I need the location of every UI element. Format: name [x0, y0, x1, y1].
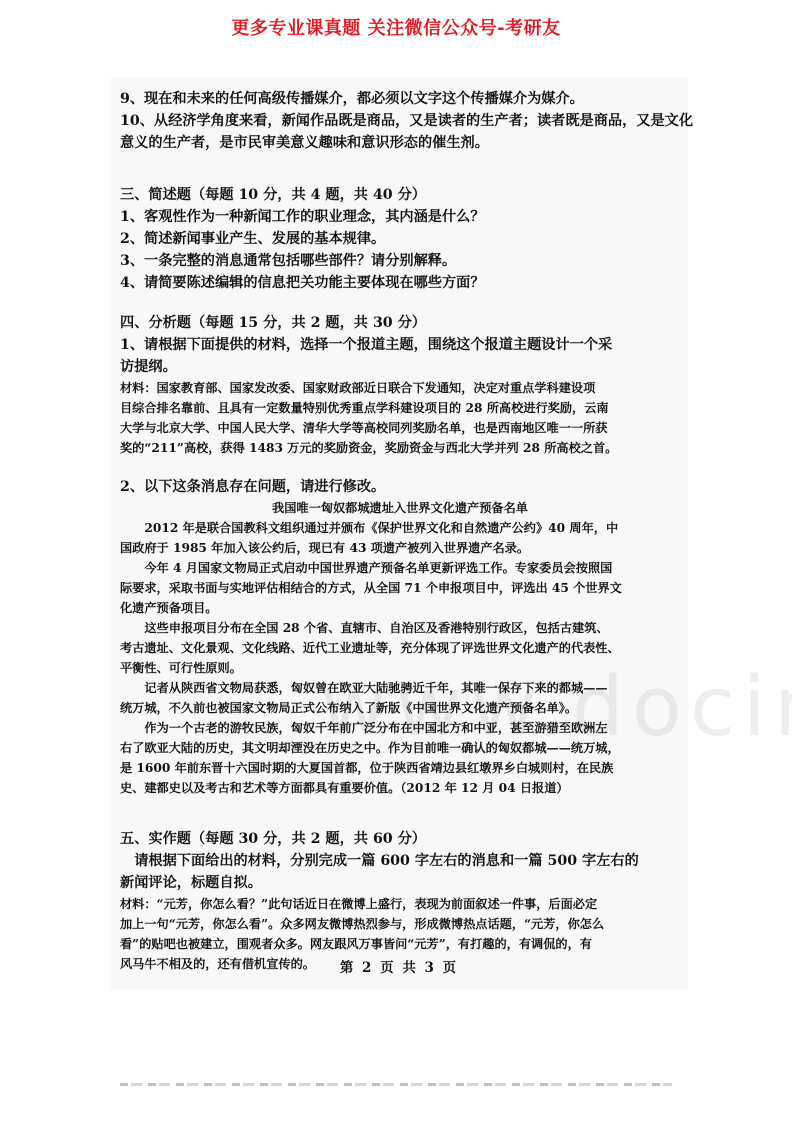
news-line: 2012 年是联合国教科文组织通过并颁布《保护世界文化和自然遗产公约》40 周年…	[120, 518, 680, 538]
material-block: 材料：国家教育部、国家发改委、国家财政部近日联合下发通知，决定对重点学科建设项 …	[120, 378, 680, 458]
question-line: 请根据下面给出的材料，分别完成一篇 600 字左右的消息和一篇 500 字左右的	[120, 850, 680, 872]
section-heading: 五、实作题（每题 30 分，共 2 题，共 60 分）	[120, 828, 680, 850]
news-line: 这些申报项目分布在全国 28 个省、直辖市、自治区及香港特别行政区，包括古建筑、	[120, 618, 680, 638]
news-line: 史、建都史以及考古和艺术等方面都具有重要价值。（2012 年 12 月 04 日…	[120, 778, 680, 798]
section-short-answer: 三、简述题（每题 10 分，共 4 题，共 40 分） 1、客观性作为一种新闻工…	[120, 184, 680, 294]
section-writing: 五、实作题（每题 30 分，共 2 题，共 60 分） 请根据下面给出的材料，分…	[120, 828, 680, 974]
judgement-questions-tail: 9、现在和未来的任何高级传播媒介，都必须以文字这个传播媒介为媒介。 10、从经济…	[120, 88, 680, 154]
news-line: 统万城，不久前也被国家文物局正式公布纳入了新版《中国世界文化遗产预备名单》。	[120, 698, 680, 718]
news-body: 2012 年是联合国教科文组织通过并颁布《保护世界文化和自然遗产公约》40 周年…	[120, 518, 680, 798]
question-line: 新闻评论，标题自拟。	[120, 872, 680, 894]
news-line: 国政府于 1985 年加入该公约后，现已有 43 项遗产被列入世界遗产名录。	[120, 538, 680, 558]
promo-banner: 更多专业课真题 关注微信公众号-考研友	[0, 14, 792, 40]
news-line: 考古遗址、文化景观、文化线路、近代工业遗址等，充分体现了评选世界文化遗产的代表性…	[120, 638, 680, 658]
material-line: 材料：国家教育部、国家发改委、国家财政部近日联合下发通知，决定对重点学科建设项	[120, 378, 680, 398]
question-line: 4、请简要陈述编辑的信息把关功能主要体现在哪些方面？	[120, 272, 680, 294]
material-line: 目综合排名靠前、且具有一定数量特别优秀重点学科建设项目的 28 所高校进行奖励，…	[120, 398, 680, 418]
material-line: 大学与北京大学、中国人民大学、清华大学等高校同列奖励名单，也是西南地区唯一一所获	[120, 418, 680, 438]
page-indicator: 第 2 页 共 3 页	[110, 956, 688, 976]
question-line: 2、以下这条消息存在问题，请进行修改。	[120, 476, 680, 498]
question-line: 2、简述新闻事业产生、发展的基本规律。	[120, 228, 680, 250]
news-line: 平衡性、可行性原则。	[120, 658, 680, 678]
news-line: 际要求，采取书面与实地评估相结合的方式，从全国 71 个申报项目中，评选出 45…	[120, 578, 680, 598]
material-line: 加上一句“元芳，你怎么看”。众多网友微博热烈参与，形成微博热点话题，“元芳，你怎…	[120, 914, 680, 934]
material-line: 材料：“元芳，你怎么看？”此句话近日在微博上盛行，表现为前面叙述一件事，后面必定	[120, 894, 680, 914]
news-line: 今年 4 月国家文物局正式启动中国世界遗产预备名单更新评选工作。专家委员会按照国	[120, 558, 680, 578]
scanned-page: www.docin.com 9、现在和未来的任何高级传播媒介，都必须以文字这个传…	[110, 78, 688, 990]
question-line: 1、请根据下面提供的材料，选择一个报道主题，围绕这个报道主题设计一个采	[120, 334, 680, 356]
material-line: 看”的贴吧也被建立，围观者众多。网友跟风万事皆问“元芳”，有打趣的，有调侃的，有	[120, 934, 680, 954]
question-line: 3、一条完整的消息通常包括哪些部件？请分别解释。	[120, 250, 680, 272]
news-line: 是 1600 年前东晋十六国时期的大夏国首都，位于陕西省靖边县红墩界乡白城则村，…	[120, 758, 680, 778]
question-line: 10、从经济学角度来看，新闻作品既是商品，又是读者的生产者；读者既是商品，又是文…	[120, 110, 680, 132]
section-analysis: 四、分析题（每题 15 分，共 2 题，共 30 分） 1、请根据下面提供的材料…	[120, 312, 680, 798]
news-line: 右了欧亚大陆的历史，其文明却湮没在历史之中。作为目前唯一确认的匈奴都城——统万城…	[120, 738, 680, 758]
question-line: 9、现在和未来的任何高级传播媒介，都必须以文字这个传播媒介为媒介。	[120, 88, 680, 110]
news-line: 记者从陕西省文物局获悉，匈奴曾在欧亚大陆驰骋近千年，其唯一保存下来的都城——	[120, 678, 680, 698]
news-title: 我国唯一匈奴都城遗址入世界文化遗产预备名单	[120, 498, 680, 518]
news-line: 作为一个古老的游牧民族，匈奴千年前广泛分布在中国北方和中亚，甚至游猎至欧洲左	[120, 718, 680, 738]
question-line: 1、客观性作为一种新闻工作的职业理念，其内涵是什么？	[120, 206, 680, 228]
bleed-through-text	[120, 1083, 672, 1086]
section-heading: 三、简述题（每题 10 分，共 4 题，共 40 分）	[120, 184, 680, 206]
question-line: 访提纲。	[120, 356, 680, 378]
question-line: 意义的生产者，是市民审美意义趣味和意识形态的催生剂。	[120, 132, 680, 154]
material-line: 奖的“211”高校，获得 1483 万元的奖励资金，奖励资金与西北大学并列 28…	[120, 438, 680, 458]
page-content: 9、现在和未来的任何高级传播媒介，都必须以文字这个传播媒介为媒介。 10、从经济…	[120, 88, 680, 974]
section-heading: 四、分析题（每题 15 分，共 2 题，共 30 分）	[120, 312, 680, 334]
news-line: 化遗产预备项目。	[120, 598, 680, 618]
